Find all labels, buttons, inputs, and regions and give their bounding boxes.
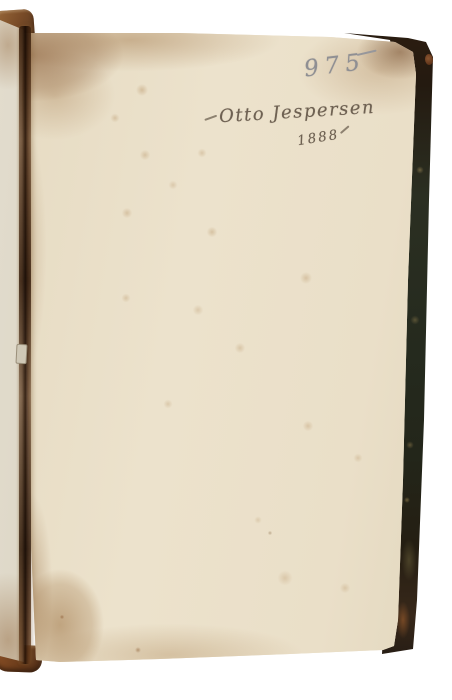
gutter-repair-notch	[15, 344, 27, 365]
blank-endpaper-page: 975 Otto Jespersen 1888	[0, 0, 452, 700]
cover-corner-bump	[425, 54, 433, 65]
book-photo: 975 Otto Jespersen 1888	[0, 0, 452, 700]
shelf-number-inscription: 975	[303, 48, 380, 83]
year-inscription: 1888	[296, 125, 352, 149]
owner-signature-inscription: Otto Jespersen	[204, 97, 376, 128]
